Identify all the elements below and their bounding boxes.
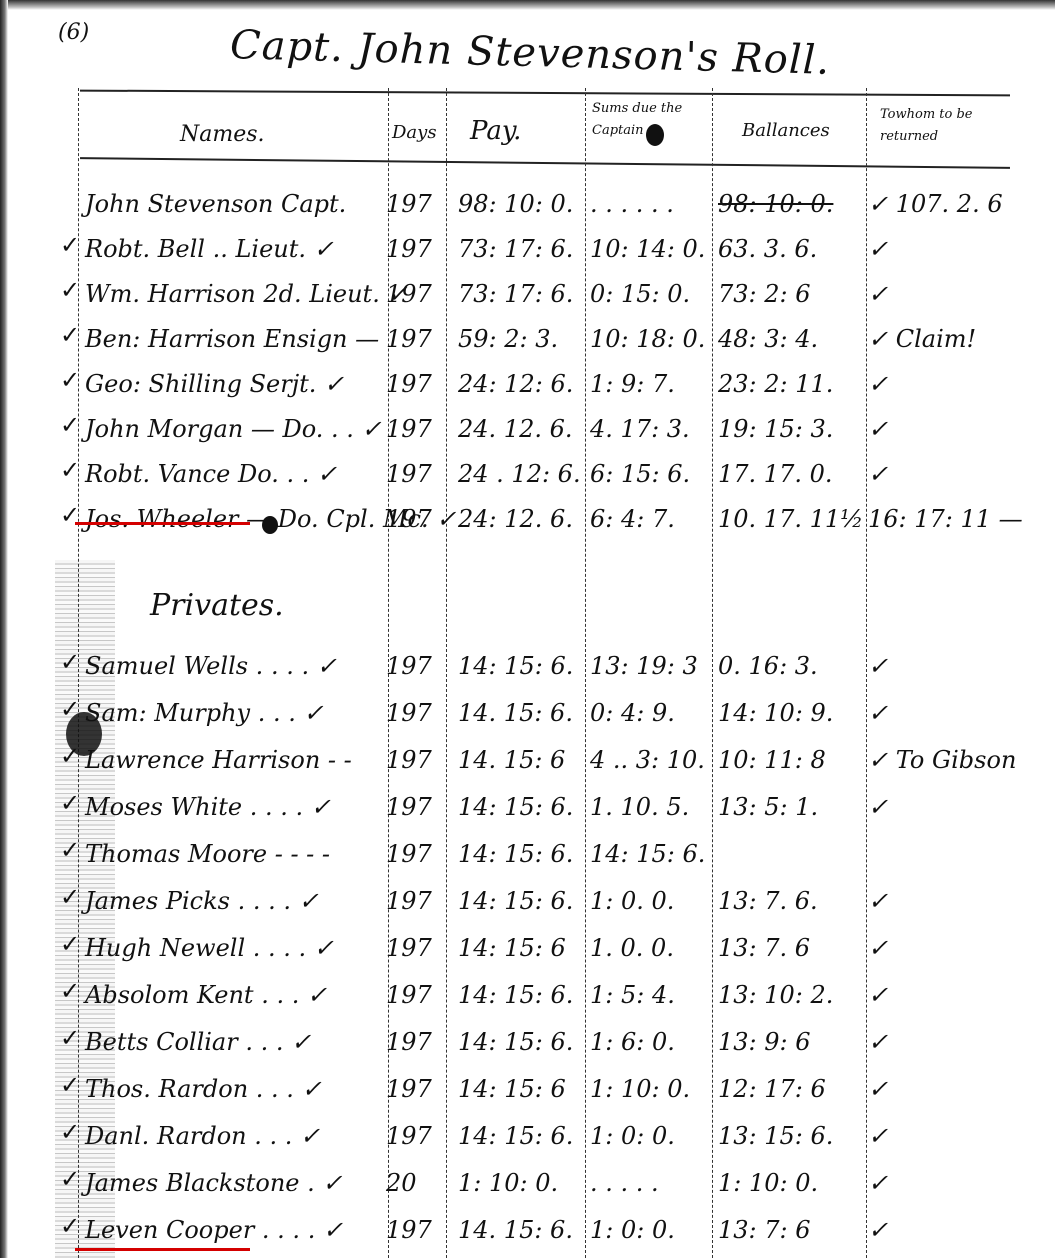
cell-sums-due: 6: 15: 6. <box>590 460 690 488</box>
cell-sums-due: 1. 0. 0. <box>590 934 674 962</box>
table-row: ✓Geo: Shilling Serjt. ✓19724: 12: 6.1: 9… <box>0 370 1055 410</box>
cell-returned: ✓ <box>868 1216 888 1244</box>
check-mark-icon: ✓ <box>60 1165 80 1193</box>
cell-days: 197 <box>386 793 432 821</box>
cell-balance: 13: 9: 6 <box>718 1028 811 1056</box>
cell-pay: 14: 15: 6. <box>458 981 573 1009</box>
cell-balance: 0. 16: 3. <box>718 652 818 680</box>
cell-days: 197 <box>386 746 432 774</box>
header-bottom-rule <box>80 157 1010 169</box>
ink-blot <box>66 712 102 756</box>
check-mark-icon: ✓ <box>60 411 80 439</box>
cell-days: 197 <box>386 325 432 353</box>
highlight-underline-vance <box>75 522 250 525</box>
cell-sums-due: 1: 0: 0. <box>590 1216 675 1244</box>
cell-returned: ✓ <box>868 793 888 821</box>
table-row: ✓James Blackstone . ✓201: 10: 0.. . . . … <box>0 1169 1055 1209</box>
cell-returned: ✓ <box>868 887 888 915</box>
cell-balance: 98: 10: 0. <box>718 190 833 218</box>
table-row: ✓Jos. Wheeler — Do. Cpl. Mc. ✓19724: 12.… <box>0 505 1055 545</box>
cell-pay: 14. 15: 6. <box>458 1216 573 1244</box>
cell-returned: ✓ <box>868 981 888 1009</box>
cell-pay: 14: 15: 6. <box>458 652 573 680</box>
cell-days: 197 <box>386 1216 432 1244</box>
cell-days: 20 <box>386 1169 417 1197</box>
cell-pay: 24: 12. 6. <box>458 505 573 533</box>
check-mark-icon: ✓ <box>60 789 80 817</box>
cell-sums-due: 10: 14: 0. <box>590 235 705 263</box>
cell-name: Ben: Harrison Ensign — <box>85 325 379 353</box>
cell-sums-due: 4 .. 3: 10. <box>590 746 705 774</box>
cell-returned: 16: 17: 11 — <box>868 505 1023 533</box>
cell-days: 197 <box>386 235 432 263</box>
cell-balance: 63. 3. 6. <box>718 235 817 263</box>
cell-balance: 10: 11: 8 <box>718 746 826 774</box>
table-row: ✓Moses White . . . . ✓19714: 15: 6.1. 10… <box>0 793 1055 833</box>
cell-sums-due: 10: 18: 0. <box>590 325 705 353</box>
cell-balance: 13: 7. 6 <box>718 934 810 962</box>
cell-name: James Blackstone . ✓ <box>85 1169 343 1197</box>
cell-returned: ✓ <box>868 1075 888 1103</box>
ink-blot <box>646 124 664 146</box>
table-row: ✓Sam: Murphy . . . ✓19714. 15: 6.0: 4: 9… <box>0 699 1055 739</box>
check-mark-icon: ✓ <box>60 276 80 304</box>
cell-name: Thomas Moore - - - - <box>85 840 330 868</box>
cell-sums-due: 6: 4: 7. <box>590 505 675 533</box>
column-header-returned: Towhom to be returned <box>880 104 1010 148</box>
cell-pay: 14: 15: 6. <box>458 840 573 868</box>
cell-sums-due: 1: 9: 7. <box>590 370 675 398</box>
cell-sums-due: 4. 17: 3. <box>590 415 690 443</box>
privates-heading: Privates. <box>150 588 284 623</box>
cell-pay: 14: 15: 6. <box>458 1122 573 1150</box>
cell-pay: 24: 12: 6. <box>458 370 573 398</box>
cell-days: 197 <box>386 887 432 915</box>
check-mark-icon: ✓ <box>60 648 80 676</box>
cell-pay: 14. 15: 6. <box>458 699 573 727</box>
cell-name: Lawrence Harrison - - <box>85 746 352 774</box>
page-number: (6) <box>58 20 89 45</box>
cell-sums-due: 1. 10. 5. <box>590 793 689 821</box>
cell-returned: ✓ To Gibson <box>868 746 1016 774</box>
cell-name: John Stevenson Capt. <box>85 190 346 218</box>
cell-returned: ✓ <box>868 1028 888 1056</box>
cell-balance: 13: 5: 1. <box>718 793 818 821</box>
cell-sums-due: 0: 15: 0. <box>590 280 690 308</box>
cell-returned: ✓ <box>868 460 888 488</box>
cell-days: 197 <box>386 1028 432 1056</box>
check-mark-icon: ✓ <box>60 836 80 864</box>
cell-name: James Picks . . . . ✓ <box>85 887 319 915</box>
table-row: ✓Danl. Rardon . . . ✓19714: 15: 6.1: 0: … <box>0 1122 1055 1162</box>
cell-name: Danl. Rardon . . . ✓ <box>85 1122 320 1150</box>
cell-balance: 73: 2: 6 <box>718 280 811 308</box>
cell-balance: 17. 17. 0. <box>718 460 833 488</box>
check-mark-icon: ✓ <box>60 231 80 259</box>
check-mark-icon: ✓ <box>60 456 80 484</box>
table-row: ✓Lawrence Harrison - -19714. 15: 64 .. 3… <box>0 746 1055 786</box>
cell-balance: 23: 2: 11. <box>718 370 833 398</box>
cell-name: Wm. Harrison 2d. Lieut. ✓ <box>85 280 408 308</box>
table-row: ✓Absolom Kent . . . ✓19714: 15: 6.1: 5: … <box>0 981 1055 1021</box>
cell-days: 197 <box>386 190 432 218</box>
table-row: ✓Hugh Newell . . . . ✓19714: 15: 61. 0. … <box>0 934 1055 974</box>
cell-pay: 98: 10: 0. <box>458 190 573 218</box>
cell-name: Sam: Murphy . . . ✓ <box>85 699 324 727</box>
check-mark-icon: ✓ <box>60 1118 80 1146</box>
cell-pay: 14: 15: 6 <box>458 934 566 962</box>
cell-name: Moses White . . . . ✓ <box>85 793 331 821</box>
check-mark-icon: ✓ <box>60 977 80 1005</box>
cell-pay: 24 . 12: 6. <box>458 460 581 488</box>
cell-name: Samuel Wells . . . . ✓ <box>85 652 337 680</box>
cell-days: 197 <box>386 934 432 962</box>
cell-name: Hugh Newell . . . . ✓ <box>85 934 334 962</box>
table-row: ✓Betts Colliar . . . ✓19714: 15: 6.1: 6:… <box>0 1028 1055 1068</box>
cell-returned: ✓ 107. 2. 6 <box>868 190 1003 218</box>
cell-pay: 14: 15: 6. <box>458 1028 573 1056</box>
scan-edge-top <box>0 0 1055 10</box>
cell-days: 197 <box>386 370 432 398</box>
table-row: ✓Wm. Harrison 2d. Lieut. ✓19773: 17: 6.0… <box>0 280 1055 320</box>
cell-days: 197 <box>386 1075 432 1103</box>
cell-pay: 14. 15: 6 <box>458 746 565 774</box>
cell-days: 197 <box>386 505 432 533</box>
cell-name: Absolom Kent . . . ✓ <box>85 981 327 1009</box>
cell-balance: 13: 7: 6 <box>718 1216 811 1244</box>
cell-sums-due: 1: 0. 0. <box>590 887 674 915</box>
cell-balance: 48: 3: 4. <box>718 325 818 353</box>
cell-pay: 73: 17: 6. <box>458 235 573 263</box>
cell-returned: ✓ Claim! <box>868 325 976 353</box>
cell-returned: ✓ <box>868 415 888 443</box>
check-mark-icon: ✓ <box>60 366 80 394</box>
cell-balance: 13: 15: 6. <box>718 1122 833 1150</box>
cell-pay: 14: 15: 6 <box>458 1075 566 1103</box>
cell-returned: ✓ <box>868 699 888 727</box>
cell-pay: 14: 15: 6. <box>458 887 573 915</box>
cell-days: 197 <box>386 652 432 680</box>
cell-sums-due: 14: 15: 6. <box>590 840 705 868</box>
cell-balance: 10. 17. 11½ <box>718 505 863 533</box>
cell-days: 197 <box>386 280 432 308</box>
cell-pay: 73: 17: 6. <box>458 280 573 308</box>
cell-returned: ✓ <box>868 1122 888 1150</box>
table-row: ✓Robt. Vance Do. . . ✓19724 . 12: 6.6: 1… <box>0 460 1055 500</box>
table-row: ✓Robt. Bell .. Lieut. ✓19773: 17: 6.10: … <box>0 235 1055 275</box>
cell-sums-due: 1: 0: 0. <box>590 1122 675 1150</box>
cell-days: 197 <box>386 415 432 443</box>
cell-balance: 13: 10: 2. <box>718 981 833 1009</box>
cell-sums-due: . . . . . . <box>590 190 674 218</box>
table-row: ✓Thomas Moore - - - -19714: 15: 6.14: 15… <box>0 840 1055 880</box>
cell-returned: ✓ <box>868 652 888 680</box>
check-mark-icon: ✓ <box>60 321 80 349</box>
table-row: John Stevenson Capt.19798: 10: 0.. . . .… <box>0 190 1055 230</box>
cell-days: 197 <box>386 840 432 868</box>
cell-days: 197 <box>386 981 432 1009</box>
cell-balance: 14: 10: 9. <box>718 699 833 727</box>
column-header-balances: Ballances <box>742 120 830 141</box>
table-row: ✓John Morgan — Do. . . ✓19724. 12. 6.4. … <box>0 415 1055 455</box>
cell-pay: 59: 2: 3. <box>458 325 558 353</box>
check-mark-icon: ✓ <box>60 1071 80 1099</box>
cell-balance: 13: 7. 6. <box>718 887 818 915</box>
cell-pay: 1: 10: 0. <box>458 1169 558 1197</box>
highlight-underline-cooper <box>75 1248 250 1251</box>
check-mark-icon: ✓ <box>60 1024 80 1052</box>
cell-name: Robt. Vance Do. . . ✓ <box>85 460 337 488</box>
cell-days: 197 <box>386 460 432 488</box>
cell-name: Geo: Shilling Serjt. ✓ <box>85 370 344 398</box>
table-row: ✓Samuel Wells . . . . ✓19714: 15: 6.13: … <box>0 652 1055 692</box>
cell-days: 197 <box>386 699 432 727</box>
cell-returned: ✓ <box>868 370 888 398</box>
scan-edge-left <box>0 0 8 1258</box>
table-row: ✓Thos. Rardon . . . ✓19714: 15: 61: 10: … <box>0 1075 1055 1115</box>
cell-balance: 19: 15: 3. <box>718 415 833 443</box>
cell-sums-due: 1: 10: 0. <box>590 1075 690 1103</box>
table-row: ✓James Picks . . . . ✓19714: 15: 6.1: 0.… <box>0 887 1055 927</box>
cell-balance: 1: 10: 0. <box>718 1169 818 1197</box>
cell-name: John Morgan — Do. . . ✓ <box>85 415 382 443</box>
cell-name: Betts Colliar . . . ✓ <box>85 1028 311 1056</box>
cell-returned: ✓ <box>868 280 888 308</box>
cell-returned: ✓ <box>868 1169 888 1197</box>
cell-sums-due: 1: 5: 4. <box>590 981 675 1009</box>
table-top-rule <box>80 90 1010 97</box>
cell-days: 197 <box>386 1122 432 1150</box>
check-mark-icon: ✓ <box>60 1212 80 1240</box>
cell-sums-due: 13: 19: 3 <box>590 652 698 680</box>
table-row: ✓Ben: Harrison Ensign —19759: 2: 3.10: 1… <box>0 325 1055 365</box>
cell-name: Thos. Rardon . . . ✓ <box>85 1075 322 1103</box>
check-mark-icon: ✓ <box>60 930 80 958</box>
page-title: Capt. John Stevenson's Roll. <box>230 22 831 84</box>
cell-balance: 12: 17: 6 <box>718 1075 826 1103</box>
cell-name: Leven Cooper . . . . ✓ <box>85 1216 343 1244</box>
cell-sums-due: 0: 4: 9. <box>590 699 675 727</box>
cell-sums-due: 1: 6: 0. <box>590 1028 675 1056</box>
column-header-days: Days <box>392 122 437 143</box>
ink-blot <box>262 516 278 534</box>
cell-returned: ✓ <box>868 235 888 263</box>
cell-sums-due: . . . . . <box>590 1169 659 1197</box>
cell-pay: 14: 15: 6. <box>458 793 573 821</box>
cell-name: Robt. Bell .. Lieut. ✓ <box>85 235 334 263</box>
column-header-names: Names. <box>180 122 265 147</box>
column-header-pay: Pay. <box>470 116 521 146</box>
cell-pay: 24. 12. 6. <box>458 415 573 443</box>
check-mark-icon: ✓ <box>60 883 80 911</box>
cell-returned: ✓ <box>868 934 888 962</box>
